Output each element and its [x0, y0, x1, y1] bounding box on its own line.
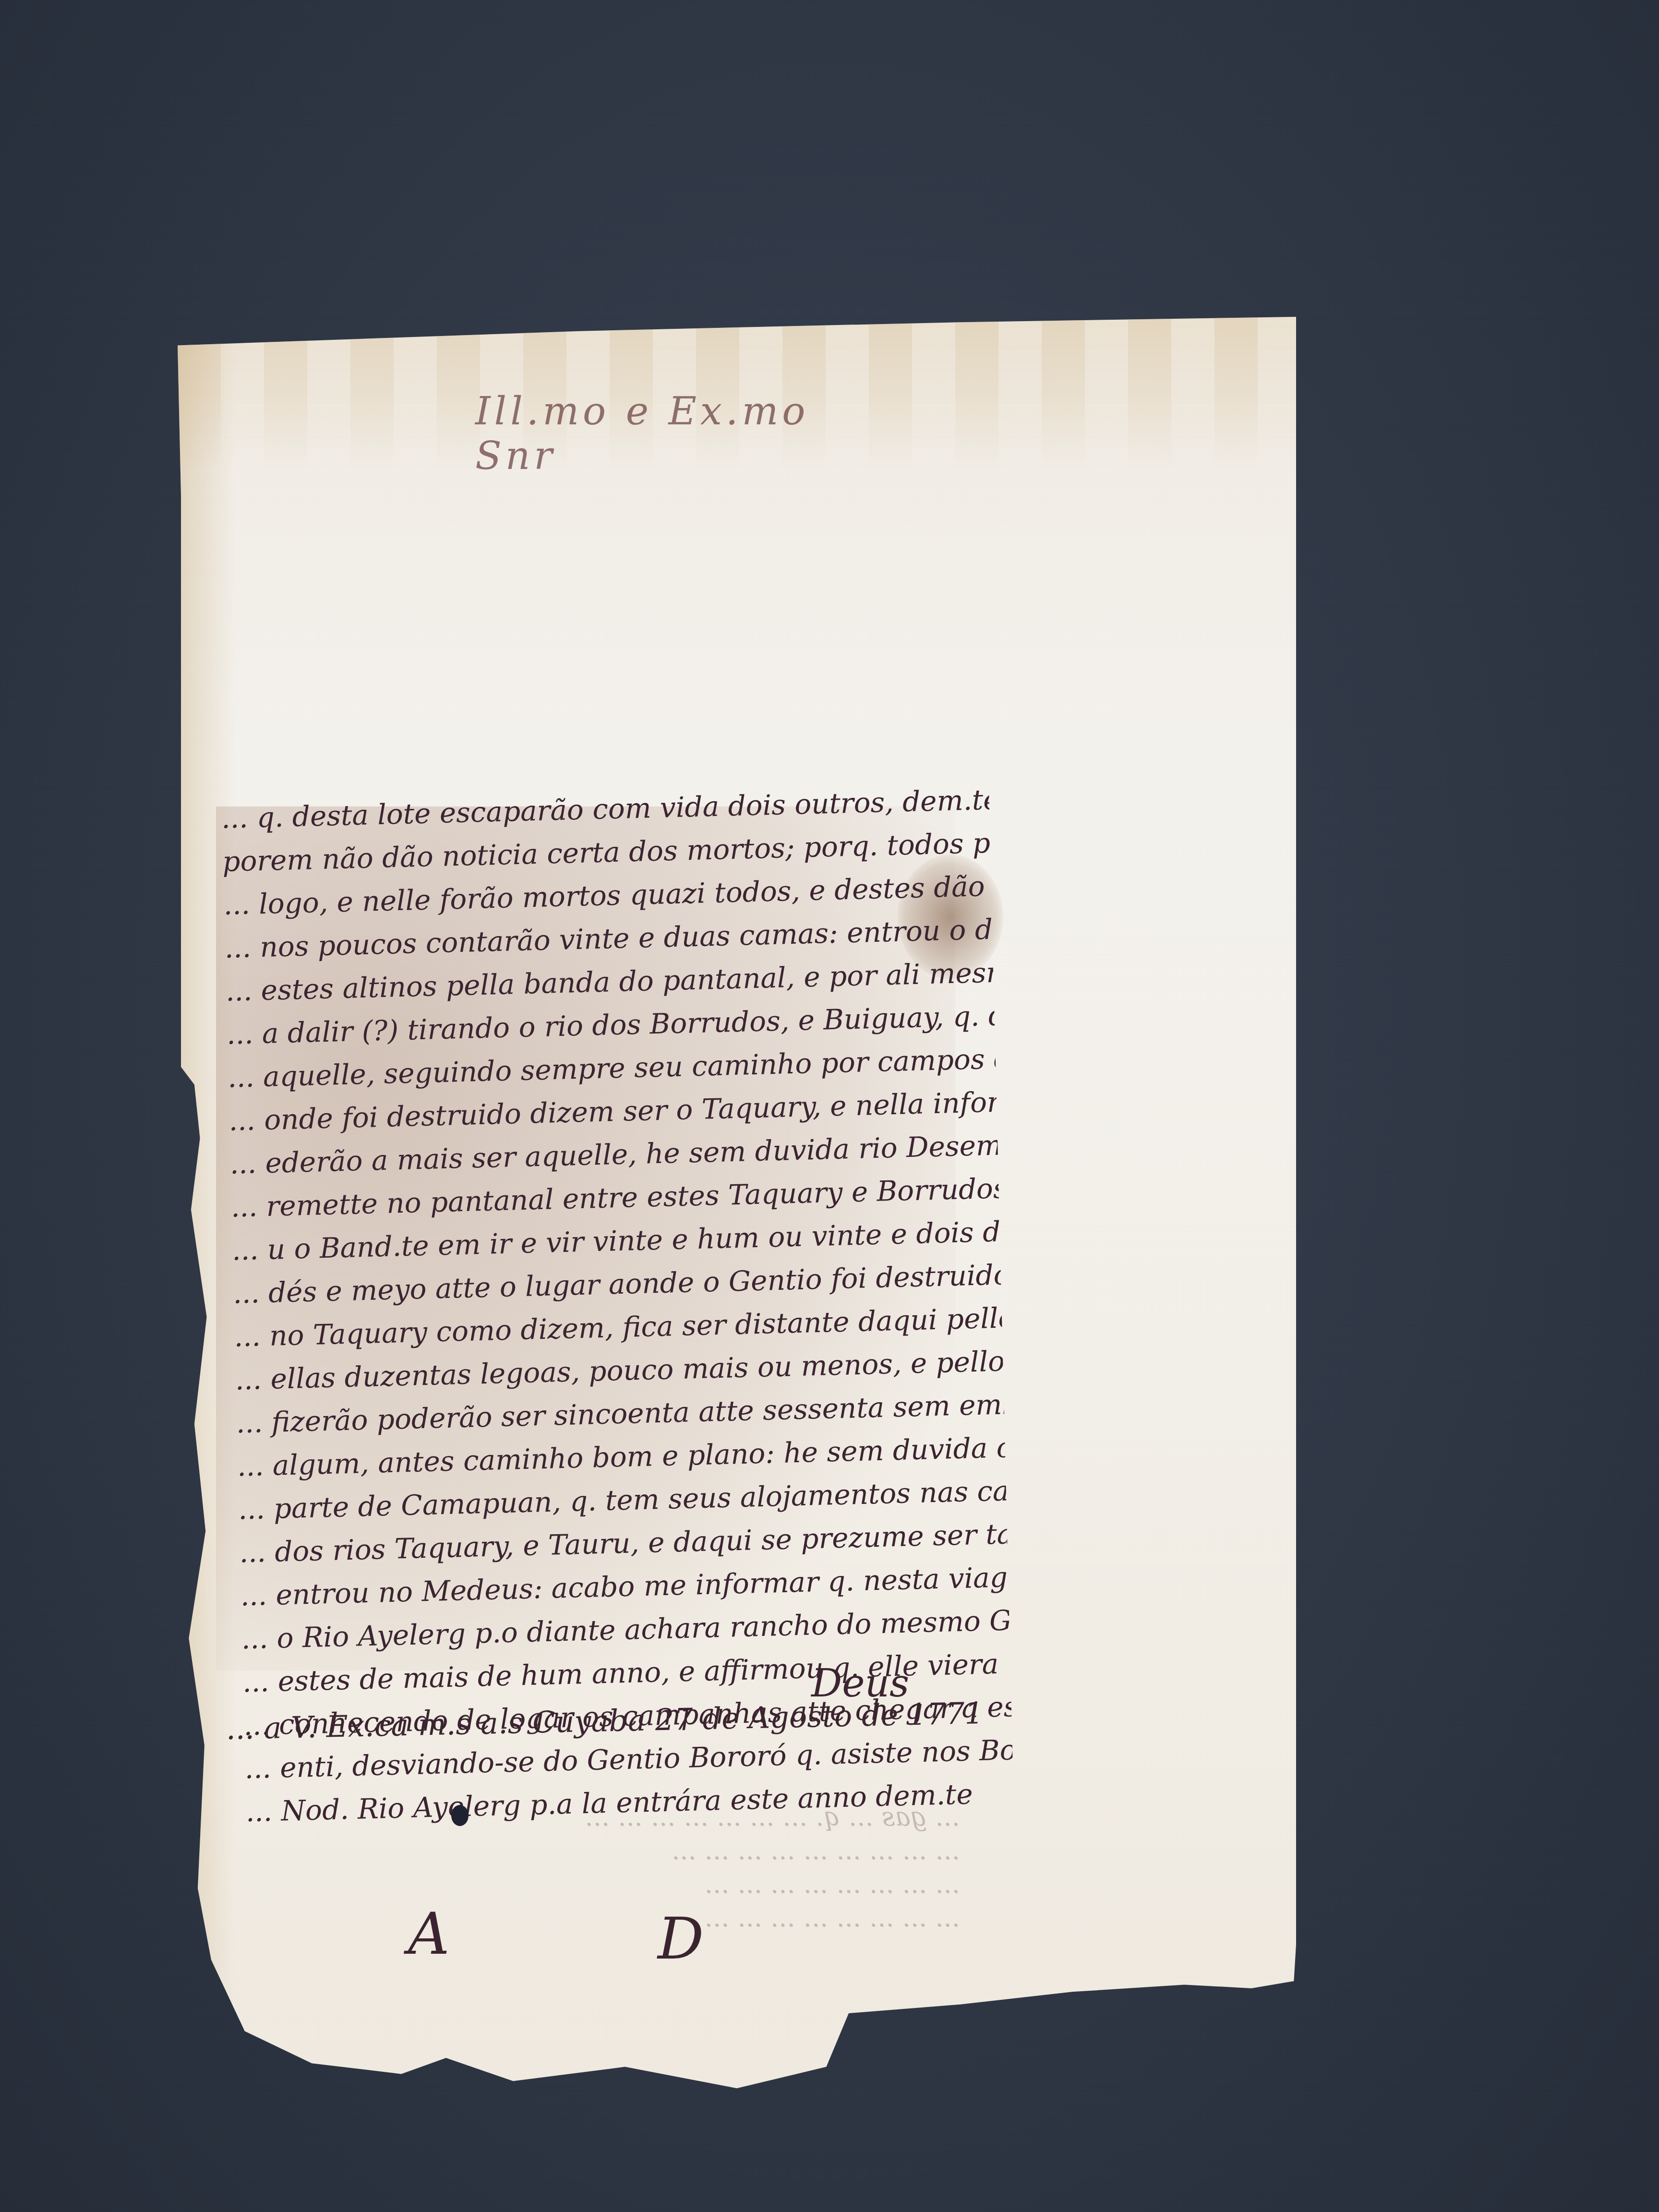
signature-initial-d: D — [658, 1906, 704, 1972]
paper-hole — [451, 1805, 469, 1826]
bleed-line: ... ... ... ... ... ... ... ... — [240, 1867, 960, 1901]
bleed-line: ... gas ... q. ... ... ... ... ... ... .… — [240, 1800, 960, 1834]
manuscript-page: Ill.mo e Ex.mo Snr ... q. desta lote esc… — [178, 317, 1296, 2103]
signature: A D — [408, 1901, 840, 1997]
salutation-header: Ill.mo e Ex.mo Snr — [475, 389, 859, 446]
signature-initial-a: A — [408, 1901, 450, 1968]
bleed-line: ... ... ... ... ... ... ... ... ... — [240, 1834, 960, 1867]
